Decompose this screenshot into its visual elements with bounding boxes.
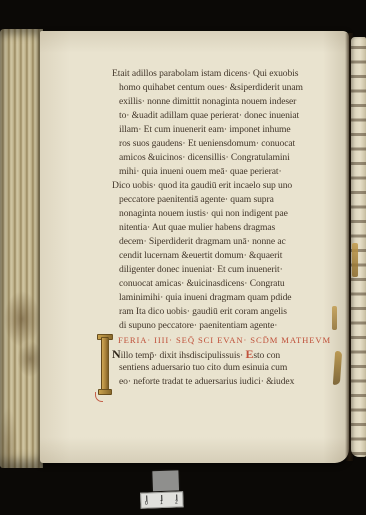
- line-text: Etait adillos parabolam istam dicens· Qu…: [112, 68, 298, 79]
- manuscript-line: nitentia· Aut quae mulier habens dragmas: [112, 221, 349, 235]
- line-text: cendit lucernam &euertit domum· &quaerit: [119, 250, 282, 261]
- manuscript-line: Etait adillos parabolam istam dicens· Qu…: [112, 67, 349, 81]
- manuscript-line: sentiens aduersario tuo cito dum esinuia…: [112, 361, 349, 375]
- color-calibration-target: 012: [139, 470, 183, 508]
- facing-page-gold-initial: [352, 243, 358, 277]
- line-text: eo· neforte tradat te aduersarius iudici…: [119, 376, 294, 387]
- manuscript-line: cendit lucernam &euertit domum· &quaerit: [112, 249, 349, 263]
- line-text: to· &uadit adillam quae perierat· donec …: [119, 110, 299, 121]
- line-text: Dico uobis· quod ita gaudiū erit incaelo…: [112, 180, 292, 191]
- manuscript-line: ros suos gaudens· Et ueniensdomum· conuo…: [112, 137, 349, 151]
- line-text: N: [112, 347, 121, 361]
- initial-stem: [101, 337, 109, 393]
- rubric-line: FERIA· IIII· SEQ̄ SCI EVAN· SCD̄M MATHEV…: [112, 333, 349, 347]
- line-text: conuocat amicas· &uicinasdicens· Congrat…: [119, 278, 285, 289]
- ruler-tick-label: 1: [160, 500, 163, 506]
- manuscript-line: nonaginta nouem iustis· qui non indigent…: [112, 207, 349, 221]
- manuscript-line: Dico uobis· quod ita gaudiū erit incaelo…: [112, 179, 349, 193]
- manuscript-line: peccatore paenitentiā agente· quam supra: [112, 193, 349, 207]
- manuscript-line: conuocat amicas· &uicinasdicens· Congrat…: [112, 277, 349, 291]
- line-text: sto con: [253, 350, 280, 361]
- line-text: laminimihi· quia inueni dragmam quam pdi…: [119, 292, 291, 303]
- line-text: di supuno peccatore· paenitentiam agente…: [119, 320, 277, 331]
- manuscript-line: di supuno peccatore· paenitentiam agente…: [112, 319, 349, 333]
- manuscript-line: decem· Siperdiderit dragmam unā· nonne a…: [112, 235, 349, 249]
- manuscript-line: ram Ita dico uobis· gaudiū erit coram an…: [112, 305, 349, 319]
- line-text: decem· Siperdiderit dragmam unā· nonne a…: [119, 236, 286, 247]
- manuscript-line: diligenter donec inueniat· Et cum inuene…: [112, 263, 349, 277]
- manuscript-line: eo· neforte tradat te aduersarius iudici…: [112, 375, 349, 389]
- book-fore-edge: [0, 29, 43, 468]
- line-text: illo temp̄· dixit ihsdiscipulissuis·: [121, 350, 246, 361]
- manuscript-line: Nillo temp̄· dixit ihsdiscipulissuis· Es…: [112, 347, 349, 361]
- line-text: illam· Et cum inuenerit eam· imponet inh…: [119, 124, 291, 135]
- line-text: peccatore paenitentiā agente· quam supra: [119, 194, 274, 205]
- ruler-tick-label: 2: [175, 499, 178, 505]
- illuminated-initial-I: [97, 334, 111, 396]
- line-text: mihi· quia inueni ouem meā· quae periera…: [119, 166, 282, 177]
- line-text: ros suos gaudens· Et ueniensdomum· conuo…: [119, 138, 295, 149]
- cm-ruler: 012: [140, 491, 184, 508]
- text-block: Etait adillos parabolam istam dicens· Qu…: [112, 67, 349, 389]
- manuscript-photo: Etait adillos parabolam istam dicens· Qu…: [0, 0, 366, 515]
- manuscript-line: laminimihi· quia inueni dragmam quam pdi…: [112, 291, 349, 305]
- manuscript-line: illam· Et cum inuenerit eam· imponet inh…: [112, 123, 349, 137]
- manuscript-line: to· &uadit adillam quae perierat· donec …: [112, 109, 349, 123]
- rubric-text: FERIA· IIII· SEQ̄ SCI EVAN· SCD̄M MATHEV…: [118, 335, 331, 345]
- line-text: amicos &uicinos· dicensillis· Congratula…: [119, 152, 290, 163]
- manuscript-line: exillis· nonne dimittit nonaginta nouem …: [112, 95, 349, 109]
- manuscript-line: amicos &uicinos· dicensillis· Congratula…: [112, 151, 349, 165]
- margin-gold-mark: [332, 306, 337, 330]
- line-text: nitentia· Aut quae mulier habens dragmas: [119, 222, 275, 233]
- line-text: homo quihabet centum oues· &siperdiderit…: [119, 82, 303, 93]
- line-text: diligenter donec inueniat· Et cum inuene…: [119, 264, 283, 275]
- manuscript-line: mihi· quia inueni ouem meā· quae periera…: [112, 165, 349, 179]
- ruler-tick-label: 0: [145, 500, 148, 506]
- line-text: sentiens aduersario tuo cito dum esinuia…: [119, 362, 287, 373]
- line-text: nonaginta nouem iustis· qui non indigent…: [119, 208, 288, 219]
- gray-patch: [152, 470, 179, 491]
- manuscript-line: homo quihabet centum oues· &siperdiderit…: [112, 81, 349, 95]
- line-text: exillis· nonne dimittit nonaginta nouem …: [119, 96, 296, 107]
- line-text: ram Ita dico uobis· gaudiū erit coram an…: [119, 306, 287, 317]
